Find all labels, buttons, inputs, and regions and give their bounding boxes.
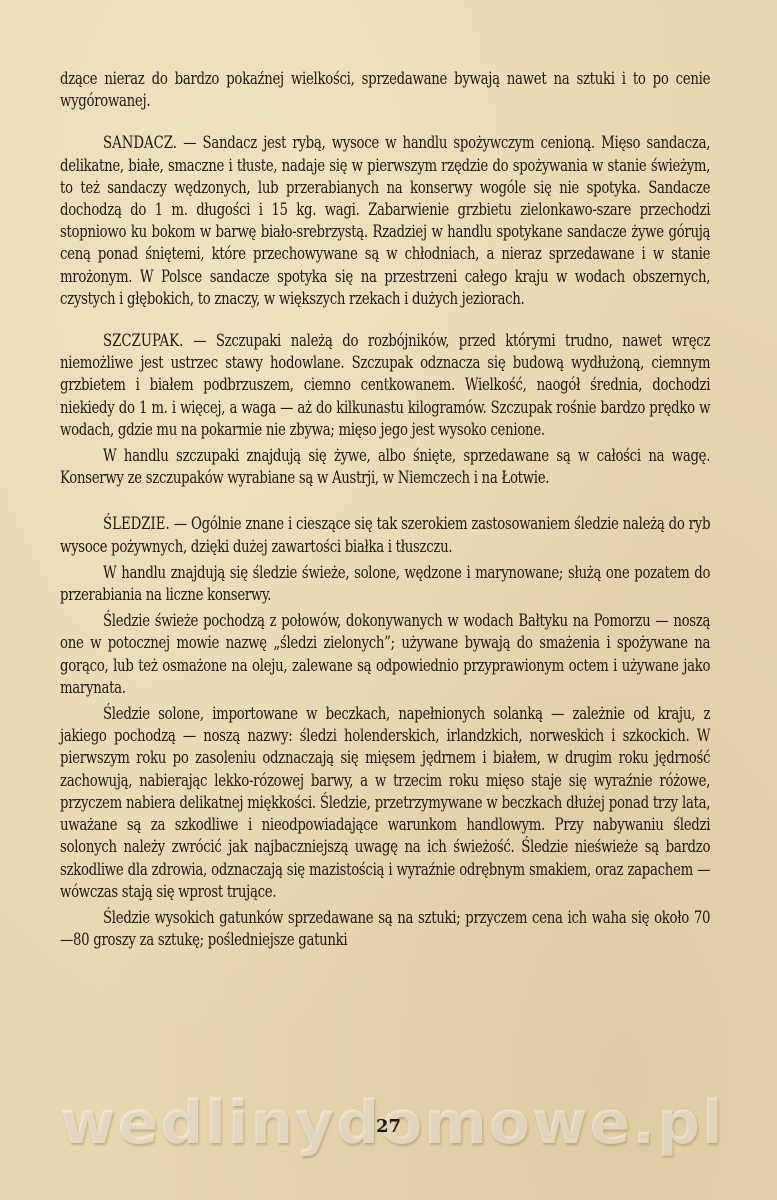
paragraph-text: W handlu szczupaki znajdują się żywe, al… (60, 446, 710, 488)
paragraph-text: Śledzie solone, importowane w beczkach, … (60, 704, 710, 902)
paragraph-szczupak: SZCZUPAK. — Szczupaki należą do rozbójni… (60, 330, 710, 441)
section-heading: ŚLEDZIE. (103, 514, 170, 534)
paragraph-sandacz: SANDACZ. — Sandacz jest rybą, wysoce w h… (60, 132, 710, 310)
paragraph-szczupak-handel: W handlu szczupaki znajdują się żywe, al… (60, 445, 710, 489)
paragraph-sledzie-handel: W handlu znajdują się śledzie świeże, so… (60, 562, 710, 606)
paragraph-sledzie: ŚLEDZIE. — Ogólnie znane i cieszące się … (60, 513, 710, 557)
page-body: dzące nieraz do bardzo pokaźnej wielkośc… (60, 68, 710, 951)
page-number: 27 (0, 1116, 777, 1137)
section-heading: SZCZUPAK. (103, 331, 183, 351)
paragraph-sledzie-ceny: Śledzie wysokich gatunków sprzedawane są… (60, 907, 710, 951)
paragraph-text: Śledzie świeże pochodzą z połowów, dokon… (60, 611, 710, 698)
paragraph-sledzie-solone: Śledzie solone, importowane w beczkach, … (60, 703, 710, 903)
paragraph-text: — Sandacz jest rybą, wysoce w handlu spo… (60, 133, 710, 308)
paragraph-continuation: dzące nieraz do bardzo pokaźnej wielkośc… (60, 68, 710, 112)
paragraph-sledzie-swieze: Śledzie świeże pochodzą z połowów, dokon… (60, 610, 710, 699)
section-heading: SANDACZ. (103, 133, 177, 153)
paragraph-text: Śledzie wysokich gatunków sprzedawane są… (60, 908, 710, 950)
paragraph-text: dzące nieraz do bardzo pokaźnej wielkośc… (60, 69, 710, 111)
paragraph-text: W handlu znajdują się śledzie świeże, so… (60, 563, 710, 605)
